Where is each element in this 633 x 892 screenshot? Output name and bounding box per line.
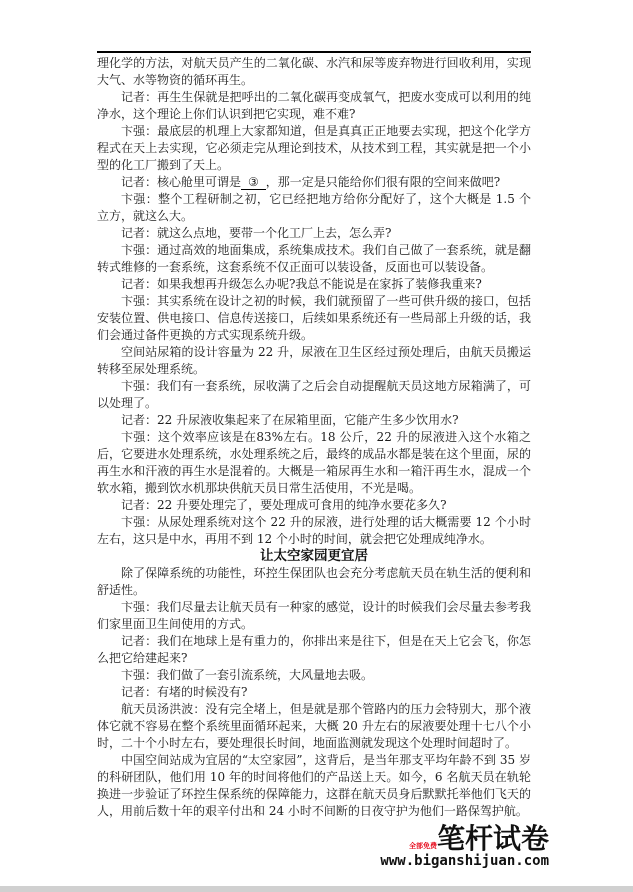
text-segment: 空间站尿箱的设计容量为 22 升，尿液在卫生区经过预处理后，由航天员搬运转移至尿…	[97, 345, 531, 376]
text-segment: 卞强：这个效率应该是在83%左右。18 公斤，22 升的尿液进入这个水箱之后，它…	[97, 430, 531, 495]
watermark-free-label: 全部免费	[409, 842, 437, 851]
paragraph: 记者：再生生保就是把呼出的二氧化碳再变成氧气，把废水变成可以利用的纯净水，这个理…	[97, 89, 531, 123]
fill-in-blank: ③	[241, 175, 266, 190]
article-body: 理化学的方法，对航天员产生的二氧化碳、水汽和尿等废弃物进行回收利用，实现大气、水…	[97, 55, 531, 820]
text-segment: 理化学的方法，对航天员产生的二氧化碳、水汽和尿等废弃物进行回收利用，实现大气、水…	[97, 56, 531, 87]
text-segment: 记者：我们在地球上是有重力的，你排出来是往下，但是在天上它会飞，你怎么把它给建起…	[97, 634, 531, 665]
section-heading: 让太空家园更宜居	[97, 548, 531, 565]
paragraph: 中国空间站成为宜居的“太空家园”，这背后，是当年那支平均年龄不到 35 岁的科研…	[97, 752, 531, 820]
watermark: 全部免费 笔杆试卷 www.biganshijuan.com	[380, 824, 549, 869]
paragraph: 记者：如果我想再升级怎么办呢?我总不能说是在家拆了装修我重来?	[97, 276, 531, 293]
paragraph: 航天员汤洪波：没有完全堵上，但是就是那个管路内的压力会特别大，那个液体它就不容易…	[97, 701, 531, 752]
text-segment: 航天员汤洪波：没有完全堵上，但是就是那个管路内的压力会特别大，那个液体它就不容易…	[97, 702, 531, 750]
paragraph: 卞强：我们做了一套引流系统，大风量地去吸。	[97, 667, 531, 684]
text-segment: 中国空间站成为宜居的“太空家园”，这背后，是当年那支平均年龄不到 35 岁的科研…	[97, 753, 531, 818]
text-segment: 卞强：最底层的机理上大家都知道，但是真真正正地要去实现，把这个化学方程式在天上去…	[97, 124, 531, 172]
text-segment: 卞强：我们有一套系统，尿收满了之后会自动提醒航天员这地方尿箱满了，可以处理了。	[97, 379, 531, 410]
text-segment: 记者：22 升要处理完了，要处理成可食用的纯净水要花多久?	[121, 498, 447, 512]
text-segment: 卞强：我们尽量去让航天员有一种家的感觉，设计的时候我们会尽量去参考我们家里面卫生…	[97, 600, 531, 631]
paragraph: 卞强：其实系统在设计之初的时候，我们就预留了一些可供升级的接口，包括安装位置、供…	[97, 293, 531, 344]
paragraph: 理化学的方法，对航天员产生的二氧化碳、水汽和尿等废弃物进行回收利用，实现大气、水…	[97, 55, 531, 89]
watermark-url: www.biganshijuan.com	[380, 854, 549, 869]
watermark-brand: 笔杆试卷	[437, 824, 549, 854]
paragraph: 记者：我们在地球上是有重力的，你排出来是往下，但是在天上它会飞，你怎么把它给建起…	[97, 633, 531, 667]
text-segment: 卞强：通过高效的地面集成，系统集成技术。我们自己做了一套系统，就是翻转式维修的一…	[97, 243, 531, 274]
text-segment: 卞强：从尿处理系统对这个 22 升的尿液，进行处理的话大概需要 12 个小时左右…	[97, 515, 531, 546]
watermark-brand-row: 全部免费 笔杆试卷	[380, 824, 549, 854]
text-segment: 记者：22 升尿液收集起来了在尿箱里面，它能产生多少饮用水?	[121, 413, 459, 427]
paragraph: 空间站尿箱的设计容量为 22 升，尿液在卫生区经过预处理后，由航天员搬运转移至尿…	[97, 344, 531, 378]
paragraph: 卞强：我们有一套系统，尿收满了之后会自动提醒航天员这地方尿箱满了，可以处理了。	[97, 378, 531, 412]
page-top-rule	[97, 51, 531, 53]
bottom-edge-strip	[0, 886, 633, 892]
paragraph: 记者：核心舱里可谓是③，那一定是只能给你们很有限的空间来做吧?	[97, 174, 531, 191]
text-segment: 记者：就这么点地，要带一个化工厂上去，怎么弄?	[121, 226, 391, 240]
text-segment: 卞强：我们做了一套引流系统，大风量地去吸。	[121, 668, 373, 682]
paragraph: 卞强：从尿处理系统对这个 22 升的尿液，进行处理的话大概需要 12 个小时左右…	[97, 514, 531, 548]
text-segment: 记者：有堵的时候没有?	[121, 685, 247, 699]
paragraph: 记者：就这么点地，要带一个化工厂上去，怎么弄?	[97, 225, 531, 242]
paragraph: 卞强：通过高效的地面集成，系统集成技术。我们自己做了一套系统，就是翻转式维修的一…	[97, 242, 531, 276]
text-segment: ，那一定是只能给你们很有限的空间来做吧?	[266, 175, 500, 189]
text-segment: 卞强：其实系统在设计之初的时候，我们就预留了一些可供升级的接口，包括安装位置、供…	[97, 294, 531, 342]
paragraph: 卞强：最底层的机理上大家都知道，但是真真正正地要去实现，把这个化学方程式在天上去…	[97, 123, 531, 174]
paragraph: 卞强：我们尽量去让航天员有一种家的感觉，设计的时候我们会尽量去参考我们家里面卫生…	[97, 599, 531, 633]
document-page: 理化学的方法，对航天员产生的二氧化碳、水汽和尿等废弃物进行回收利用，实现大气、水…	[0, 0, 633, 892]
text-segment: 记者：核心舱里可谓是	[121, 175, 241, 189]
paragraph: 记者：22 升尿液收集起来了在尿箱里面，它能产生多少饮用水?	[97, 412, 531, 429]
text-segment: 除了保障系统的功能性，环控生保团队也会充分考虑航天员在轨生活的便利和舒适性。	[97, 566, 531, 597]
paragraph: 卞强：这个效率应该是在83%左右。18 公斤，22 升的尿液进入这个水箱之后，它…	[97, 429, 531, 497]
paragraph: 除了保障系统的功能性，环控生保团队也会充分考虑航天员在轨生活的便利和舒适性。	[97, 565, 531, 599]
paragraph: 记者：有堵的时候没有?	[97, 684, 531, 701]
text-segment: 卞强：整个工程研制之初，它已经把地方给你分配好了，这个大概是 1.5 个立方，就…	[97, 192, 531, 223]
text-segment: 记者：如果我想再升级怎么办呢?我总不能说是在家拆了装修我重来?	[121, 277, 482, 291]
paragraph: 记者：22 升要处理完了，要处理成可食用的纯净水要花多久?	[97, 497, 531, 514]
text-segment: 记者：再生生保就是把呼出的二氧化碳再变成氧气，把废水变成可以利用的纯净水，这个理…	[97, 90, 531, 121]
paragraph: 卞强：整个工程研制之初，它已经把地方给你分配好了，这个大概是 1.5 个立方，就…	[97, 191, 531, 225]
